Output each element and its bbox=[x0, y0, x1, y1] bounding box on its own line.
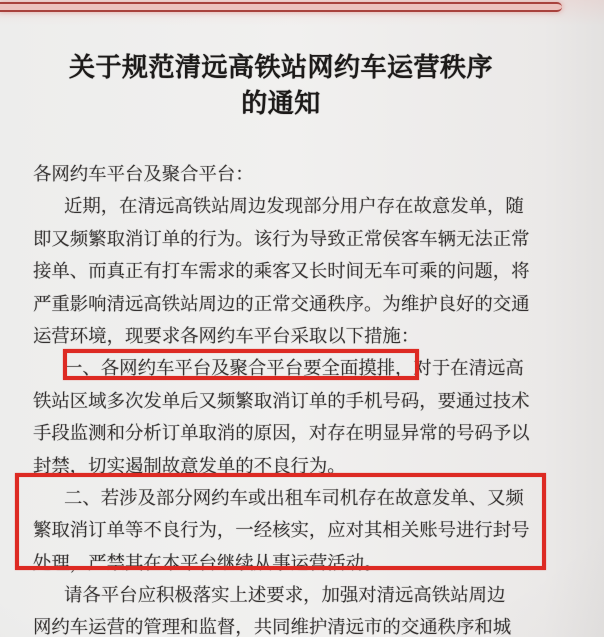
document-line: 网约车运营的管理和监督，共同维护清远市的交通秩序和城 bbox=[33, 611, 534, 637]
document-line: 即又频繁取消订单的行为。该行为导致正常侯客车辆无法正常 bbox=[33, 223, 534, 255]
salutation-line: 各网约车平台及聚合平台： bbox=[33, 158, 534, 190]
document-line: 严重影响清远高铁站周边的正常交通秩序。为维护良好的交通 bbox=[33, 288, 534, 320]
title-line-2: 的通知 bbox=[0, 86, 562, 122]
document-line: 近期，在清远高铁站周边发现部分用户存在故意发单，随 bbox=[33, 190, 534, 222]
document-body: 各网约车平台及聚合平台： 近期，在清远高铁站周边发现部分用户存在故意发单，随 即… bbox=[33, 158, 534, 637]
measure-1-line: 一、各网约车平台及聚合平台要全面摸排，对于在清远高 bbox=[33, 352, 534, 384]
title-line-1: 关于规范清远高铁站网约车运营秩序 bbox=[0, 50, 562, 86]
document-line: 运营环境，现要求各网约车平台采取以下措施： bbox=[33, 320, 534, 352]
document-line: 封禁，切实遏制故意发单的不良行为。 bbox=[33, 450, 534, 482]
document-line: 手段监测和分析订单取消的原因，对存在明显异常的号码予以 bbox=[33, 417, 534, 449]
top-double-red-line bbox=[0, 2, 562, 12]
document-line: 繁取消订单等不良行为，一经核实，应对其相关账号进行封号 bbox=[33, 514, 534, 546]
measure-2-line: 二、若涉及部分网约车或出租车司机存在故意发单、又频 bbox=[33, 482, 534, 514]
document-line: 请各平台应积极落实上述要求，加强对清远高铁站周边 bbox=[33, 579, 534, 611]
document-photo: 关于规范清远高铁站网约车运营秩序 的通知 各网约车平台及聚合平台： 近期，在清远… bbox=[0, 0, 604, 637]
document-line: 处理，严禁其在本平台继续从事运营活动。 bbox=[33, 547, 534, 579]
document-title: 关于规范清远高铁站网约车运营秩序 的通知 bbox=[0, 50, 562, 122]
document-line: 接单、而真正有打车需求的乘客又长时间无车可乘的问题，将 bbox=[33, 255, 534, 287]
document-line: 铁站区域多次发单后又频繁取消订单的手机号码，要通过技术 bbox=[33, 385, 534, 417]
